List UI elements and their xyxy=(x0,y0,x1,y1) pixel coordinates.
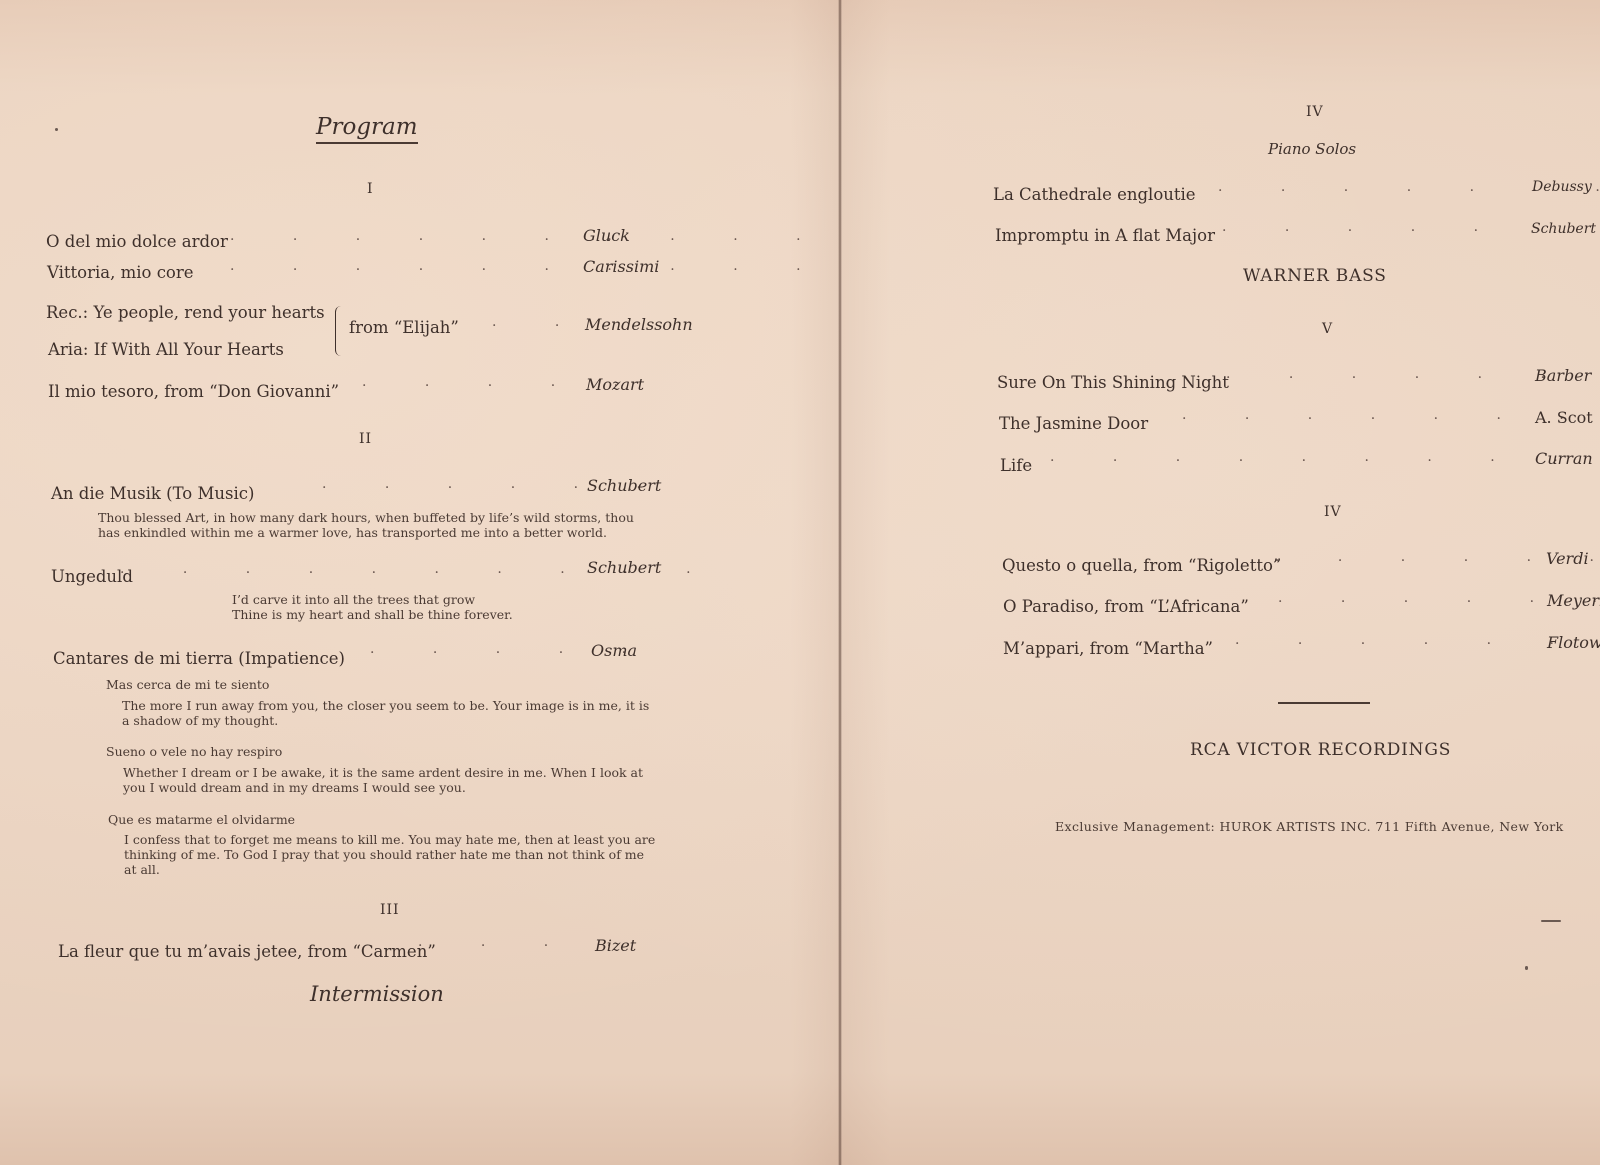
composer: Schubert xyxy=(1531,221,1596,237)
piece-title: Impromptu in A flat Major xyxy=(995,226,1215,245)
composer: Carissimi xyxy=(583,257,659,276)
performer-name: WARNER BASS xyxy=(1243,266,1387,286)
leader-dots: · · · · · · · · · · xyxy=(1050,453,1600,469)
verse-translation: I confess that to forget me means to kil… xyxy=(124,832,659,877)
verse-spanish: Que es matarme el olvidarme xyxy=(108,812,295,827)
recordings-label: RCA VICTOR RECORDINGS xyxy=(1190,740,1451,760)
composer: Schubert xyxy=(587,558,661,577)
piece-title: O del mio dolce ardor xyxy=(46,232,228,251)
piece-title: The Jasmine Door xyxy=(999,414,1148,433)
translation-line: Thine is my heart and shall be thine for… xyxy=(232,607,513,622)
piece-title: Life xyxy=(1000,456,1032,475)
piece-title: La Cathedrale engloutie xyxy=(993,185,1196,204)
composer: Schubert xyxy=(587,476,661,495)
composer: Verdi xyxy=(1546,549,1589,568)
section-subtitle: Piano Solos xyxy=(1268,140,1356,158)
center-fold xyxy=(838,0,842,1165)
paper-mark xyxy=(55,128,58,131)
piece-title-recitative: Rec.: Ye people, rend your hearts xyxy=(46,303,325,322)
program-spread: Program I O del mio dolce ardor · · · · … xyxy=(0,0,1600,1165)
composer: A. Scot xyxy=(1535,408,1593,427)
paper-mark xyxy=(1525,966,1528,970)
paper-mark xyxy=(1541,920,1561,922)
piece-title: Il mio tesoro, from “Don Giovanni” xyxy=(48,382,339,401)
translation-line: I’d carve it into all the trees that gro… xyxy=(232,592,475,607)
verse-translation: The more I run away from you, the closer… xyxy=(122,698,657,728)
section-numeral-iv-second: IV xyxy=(1324,504,1342,520)
section-numeral-iii: III xyxy=(380,902,400,918)
verse-spanish: Sueno o vele no hay respiro xyxy=(106,744,282,759)
section-numeral-iv: IV xyxy=(1306,104,1324,120)
divider-rule xyxy=(1278,702,1370,704)
piece-title: La fleur que tu m’avais jetee, from “Car… xyxy=(58,942,436,961)
composer: Curran xyxy=(1535,449,1593,468)
composer: Debussy xyxy=(1532,179,1592,195)
composer: Mozart xyxy=(586,375,644,394)
composer: Gluck xyxy=(583,226,630,245)
leader-dots: · · · · · · · · · · xyxy=(230,232,828,248)
program-title: Program xyxy=(316,114,418,144)
piece-title: O Paradiso, from “L’Africana” xyxy=(1003,597,1249,616)
group-note: from “Elijah” xyxy=(349,318,459,337)
leader-dots: · · xyxy=(492,318,586,334)
composer: Mendelssohn xyxy=(585,315,693,334)
section-numeral-i: I xyxy=(367,181,374,197)
piece-title: An die Musik (To Music) xyxy=(51,484,254,503)
grouping-brace xyxy=(335,306,342,356)
translation-text: Thou blessed Art, in how many dark hours… xyxy=(98,510,648,540)
management-line: Exclusive Management: HUROK ARTISTS INC.… xyxy=(1055,819,1564,834)
composer: Meyerb xyxy=(1547,591,1600,610)
composer: Flotow xyxy=(1547,633,1600,652)
piece-title: Vittoria, mio core xyxy=(47,263,194,282)
leader-dots: · · · · · · · · · · xyxy=(230,262,828,278)
intermission-label: Intermission xyxy=(310,982,444,1006)
composer: Osma xyxy=(591,641,637,660)
section-numeral-ii: II xyxy=(359,431,372,447)
piece-title: Sure On This Shining Night xyxy=(997,373,1229,392)
verse-spanish: Mas cerca de mi te siento xyxy=(106,677,269,692)
piece-title: Cantares de mi tierra (Impatience) xyxy=(53,649,345,668)
verse-translation: Whether I dream or I be awake, it is the… xyxy=(123,765,658,795)
leader-dots: · · · · · · · xyxy=(1235,636,1600,652)
composer: Bizet xyxy=(595,936,636,955)
section-numeral-v: V xyxy=(1322,321,1333,337)
piece-title: M’appari, from “Martha” xyxy=(1003,639,1213,658)
composer: Barber xyxy=(1535,366,1591,385)
piece-title: Questo o quella, from “Rigoletto” xyxy=(1002,556,1281,575)
piece-title-aria: Aria: If With All Your Hearts xyxy=(48,340,284,359)
